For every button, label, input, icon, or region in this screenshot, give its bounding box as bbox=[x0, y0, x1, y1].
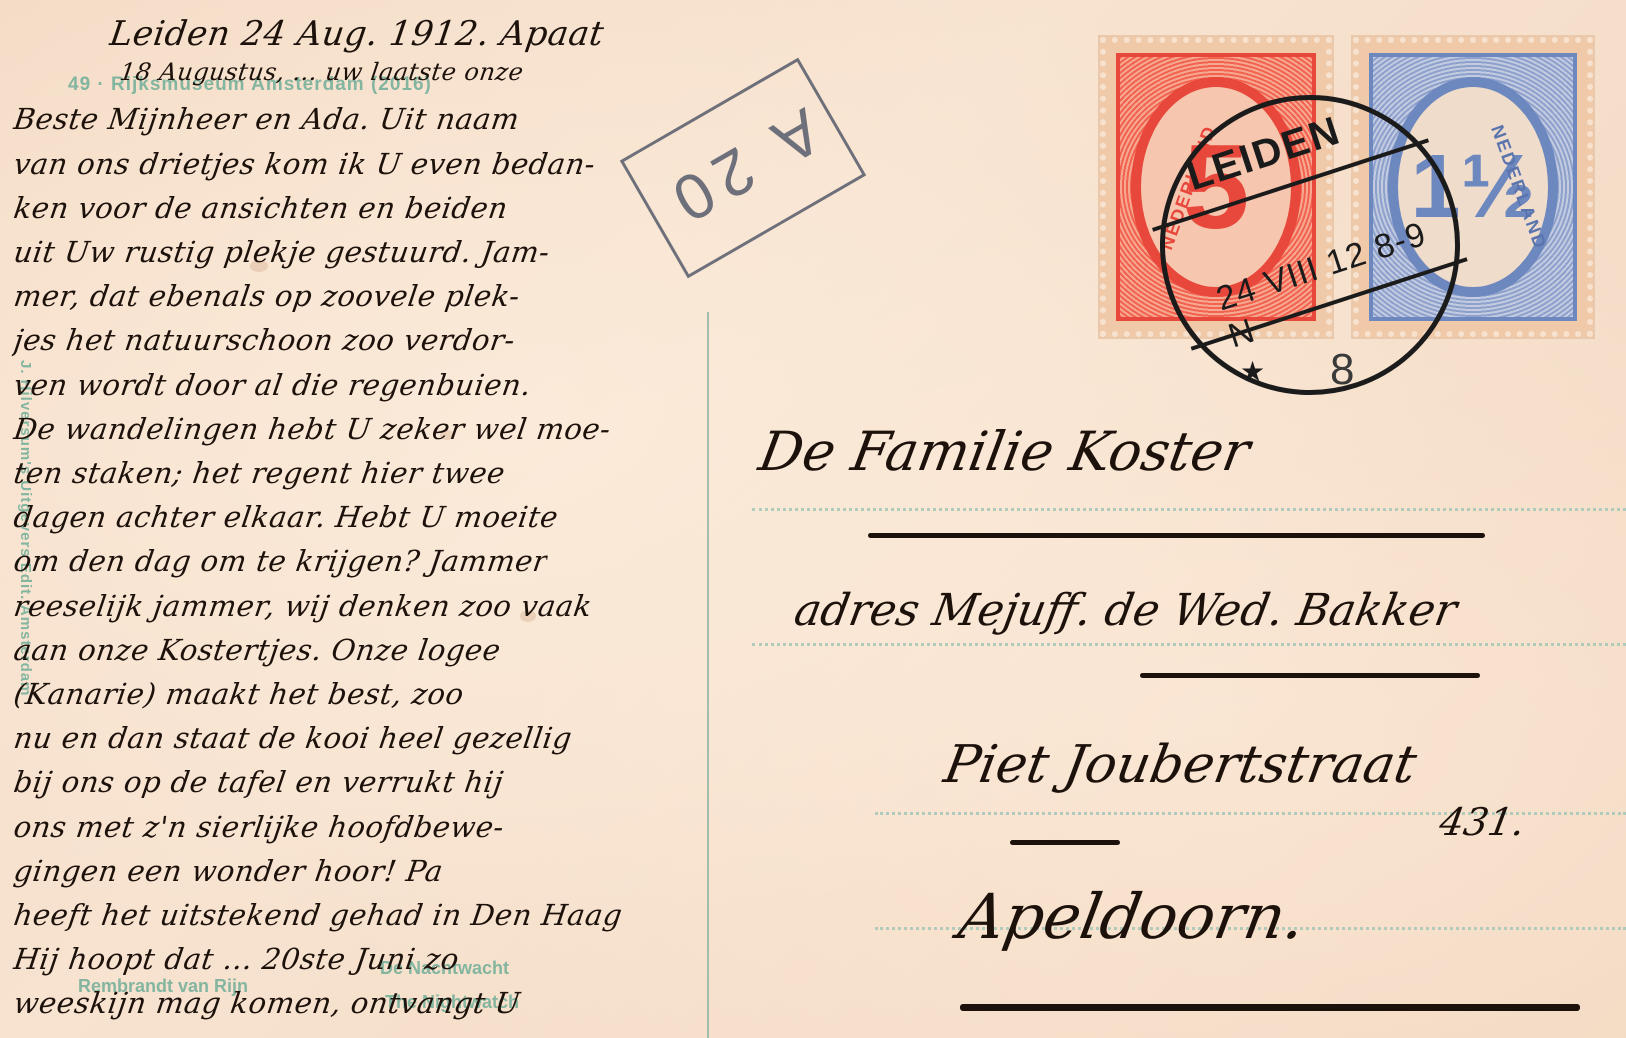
address-guide-line bbox=[752, 643, 1626, 646]
message-line: weeskijn mag komen, ontvangt U bbox=[12, 986, 523, 1020]
message-line: gingen een wonder hoor! Pa bbox=[12, 854, 446, 888]
message-line: (Kanarie) maakt het best, zoo bbox=[12, 677, 466, 711]
message-line: ten staken; het regent hier twee bbox=[12, 456, 508, 490]
address-city: Apeldoorn. bbox=[954, 880, 1311, 953]
message-line: 18 Augustus, ... uw laatste onze bbox=[118, 58, 525, 86]
divider-line bbox=[707, 312, 709, 1038]
postcard-back: 49 · Rijksmuseum Amsterdam (2016) J. Hil… bbox=[0, 0, 1626, 1038]
message-line: Beste Mijnheer en Ada. Uit naam bbox=[12, 102, 522, 136]
address-street: Piet Joubertstraat bbox=[940, 735, 1421, 795]
message-line: mer, dat ebenals op zoovele plek- bbox=[12, 279, 523, 313]
handstamp-box: A 20 bbox=[620, 58, 866, 279]
postmark-star-icon: ★ bbox=[1240, 355, 1265, 388]
message-line: heeft het uitstekend gehad in Den Haag bbox=[12, 898, 625, 932]
message-line: van ons drietjes kom ik U even bedan- bbox=[12, 147, 598, 181]
address-house-number: 431. bbox=[1436, 800, 1528, 844]
message-line: nu en dan staat de kooi heel gezellig bbox=[12, 721, 575, 755]
message-line: ken voor de ansichten en beiden bbox=[12, 191, 510, 225]
message-line: jes het natuurschoon zoo verdor- bbox=[12, 323, 518, 357]
message-line: Hij hoopt dat ... 20ste Juni zo bbox=[12, 942, 462, 976]
message-line: uit Uw rustig plekje gestuurd. Jam- bbox=[12, 235, 552, 269]
message-line: om den dag om te krijgen? Jammer bbox=[12, 544, 550, 578]
address-recipient: De Familie Koster bbox=[754, 420, 1254, 483]
address-care-of: adres Mejuff. de Wed. Bakker bbox=[791, 585, 1461, 636]
underline bbox=[960, 1004, 1580, 1011]
message-line: De wandelingen hebt U zeker wel moe- bbox=[12, 412, 613, 446]
message-line: reeselijk jammer, wij denken zoo vaak bbox=[12, 589, 595, 623]
address-guide-line bbox=[752, 508, 1626, 511]
underline bbox=[1010, 840, 1120, 845]
message-line: bij ons op de tafel en verrukt hij bbox=[12, 765, 506, 799]
message-line: ons met z'n sierlijke hoofdbewe- bbox=[12, 810, 507, 844]
handstamp-text: A 20 bbox=[652, 94, 835, 242]
underline bbox=[995, 533, 1485, 538]
message-line: Leiden 24 Aug. 1912. Apaat bbox=[107, 14, 606, 54]
message-line: aan onze Kostertjes. Onze logee bbox=[12, 633, 503, 667]
message-line: dagen achter elkaar. Hebt U moeite bbox=[12, 500, 561, 534]
underline bbox=[1140, 673, 1480, 678]
message-line: ven wordt door al die regenbuien. bbox=[12, 368, 534, 402]
postmark-number: 8 bbox=[1330, 345, 1354, 395]
